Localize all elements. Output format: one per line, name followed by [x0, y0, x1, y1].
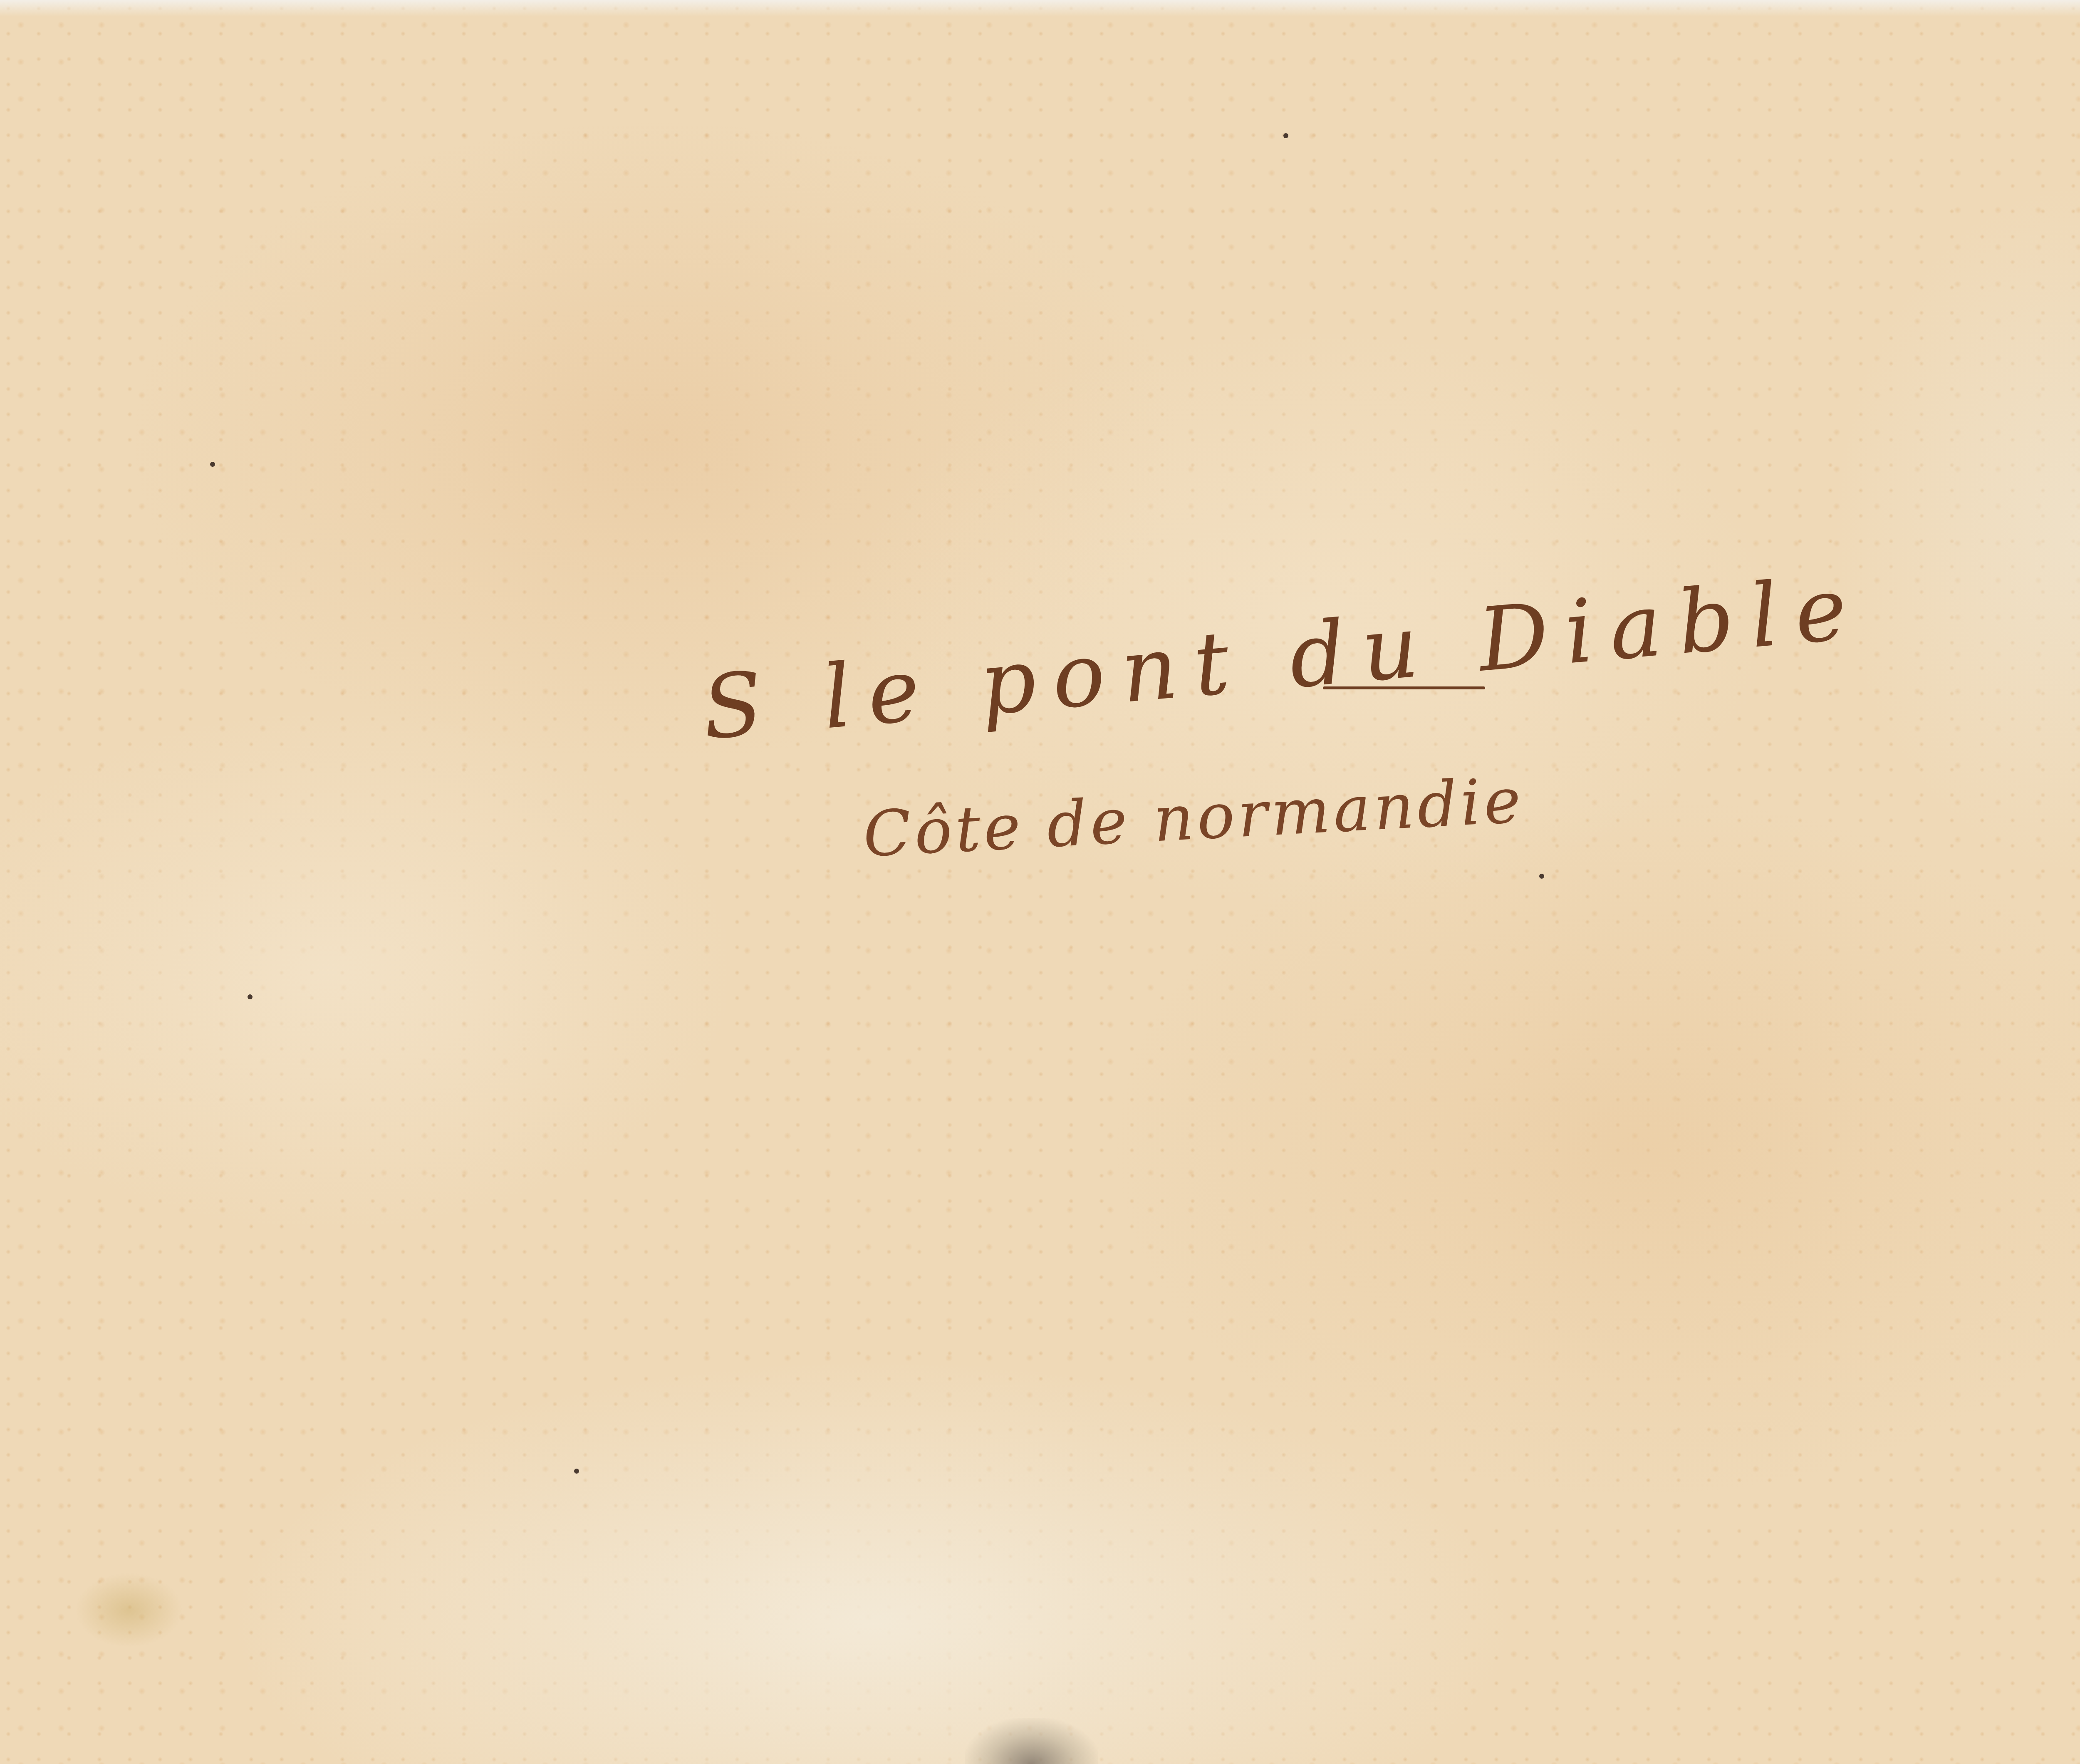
- speck: [574, 1469, 579, 1474]
- speck: [1283, 133, 1288, 138]
- handwritten-inscription: S le pont du Diable Côte de normandie: [707, 632, 1664, 899]
- mount-residue-stain: [965, 1718, 1098, 1764]
- speck: [248, 994, 253, 999]
- speck: [210, 462, 215, 467]
- top-edge: [0, 0, 2080, 17]
- foxing-stain: [75, 1573, 183, 1648]
- paper-sheet: S le pont du Diable Côte de normandie: [0, 0, 2080, 1764]
- inscription-title: S le pont du Diable: [698, 556, 1867, 759]
- inscription-location: Côte de normandie: [862, 764, 1526, 871]
- underline-flourish: [1323, 686, 1485, 689]
